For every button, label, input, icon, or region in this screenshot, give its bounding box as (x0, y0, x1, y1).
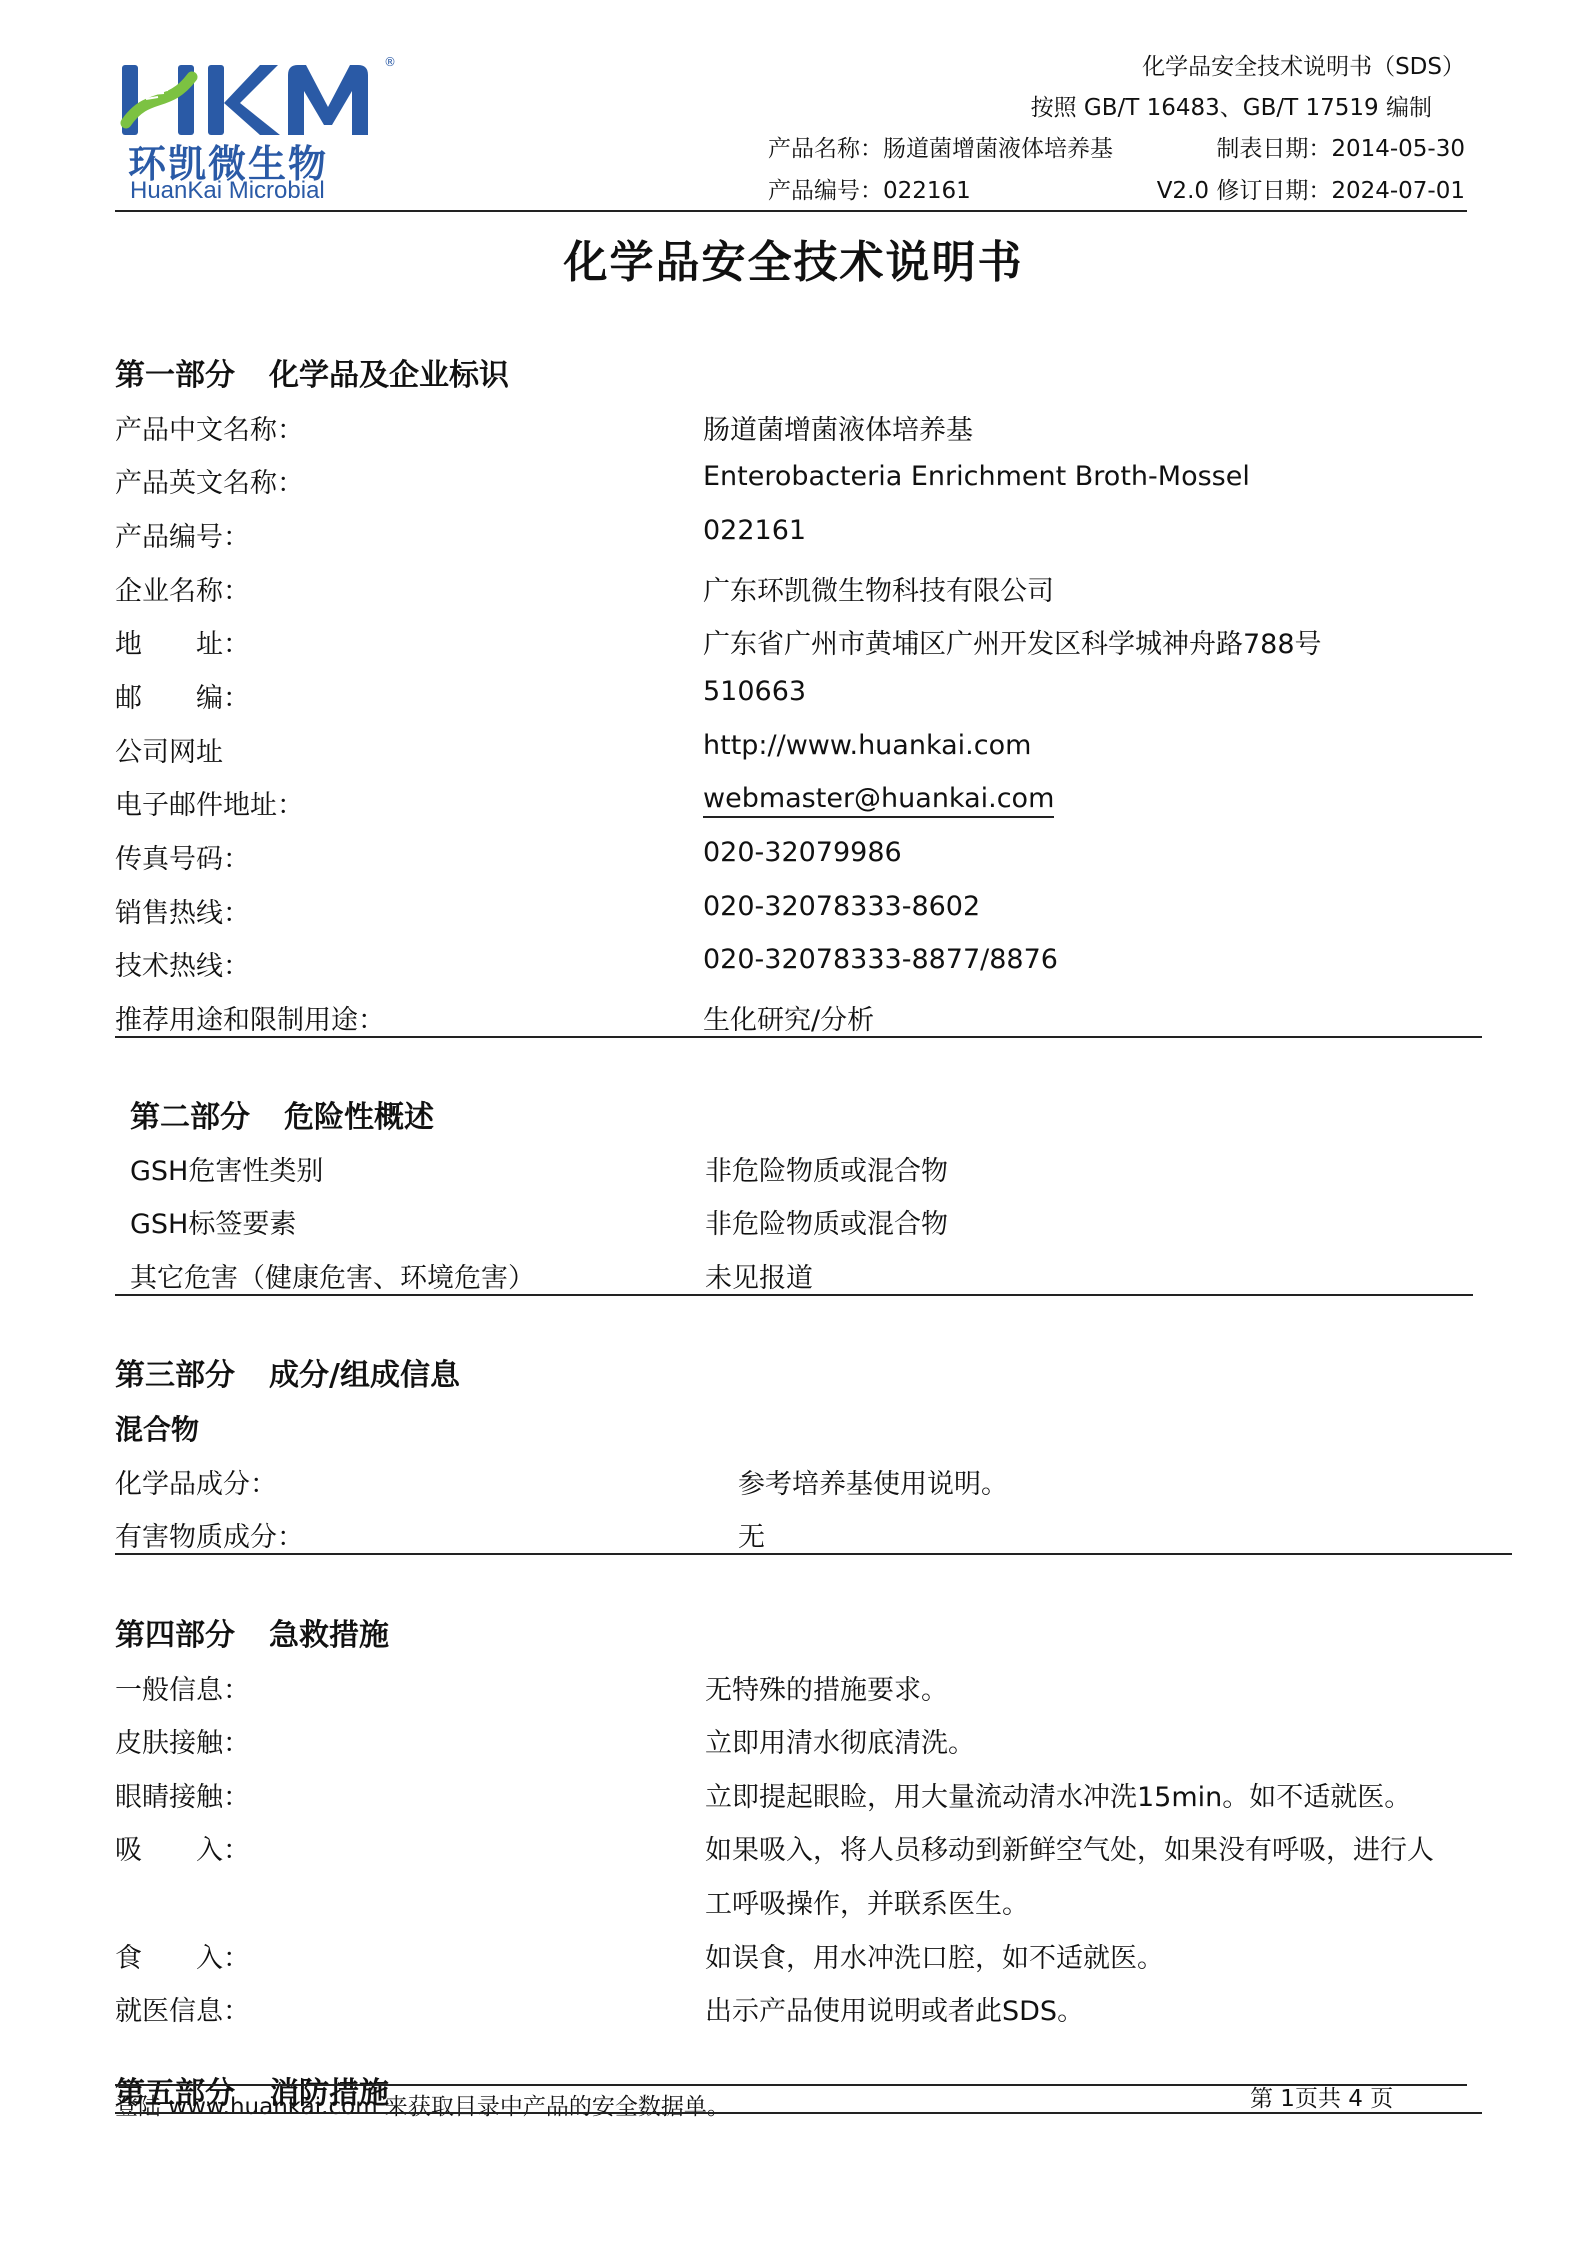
row-label: 眼睛接触： (115, 1775, 250, 1814)
row-value: 020-32078333-8877/8876 (703, 944, 1058, 975)
row-label: GSH危害性类别 (130, 1149, 323, 1188)
row-value: 出示产品使用说明或者此SDS。 (705, 1989, 1084, 2028)
row-value: 未见报道 (705, 1256, 813, 1295)
row-label: 产品编号： (115, 515, 250, 554)
row-value: 510663 (703, 676, 806, 707)
row-label: 邮 编： (115, 676, 250, 715)
revision-date-field: V2.0 修订日期：2024-07-01 (1157, 172, 1465, 205)
row-label: 推荐用途和限制用途： (115, 998, 385, 1037)
row-label: 其它危害（健康危害、环境危害） (130, 1256, 535, 1295)
section-3-heading: 第三部分成分/组成信息 (115, 1350, 460, 1394)
row-label: 有害物质成分： (115, 1515, 304, 1554)
registered-mark: ® (384, 55, 396, 69)
page-title: 化学品安全技术说明书 (0, 226, 1587, 290)
created-date-value: 2014-05-30 (1331, 136, 1465, 162)
section-2-divider (115, 1294, 1473, 1296)
row-value: 立即用清水彻底清洗。 (705, 1721, 975, 1760)
section-name: 化学品及企业标识 (269, 358, 509, 393)
row-label: 公司网址 (115, 730, 223, 769)
row-value: 肠道菌增菌液体培养基 (703, 408, 973, 447)
logo-english-name: HuanKai Microbial (130, 177, 325, 205)
row-label: 就医信息： (115, 1989, 250, 2028)
row-label: 一般信息： (115, 1668, 250, 1707)
row-label: 产品英文名称： (115, 461, 304, 500)
product-code-field: 产品编号：022161 (768, 172, 971, 205)
section-number: 第一部分 (115, 358, 235, 393)
row-label: 食 入： (115, 1936, 250, 1975)
footer-note: 登陆 www.huankai.com 来获取目录中产品的安全数据单。 (115, 2088, 730, 2121)
row-value: 020-32079986 (703, 837, 902, 868)
row-value-continued: 工呼吸操作，并联系医生。 (705, 1882, 1029, 1921)
row-label: 地 址： (115, 622, 250, 661)
product-name-label: 产品名称： (768, 136, 883, 162)
section-1-divider (115, 1036, 1482, 1038)
row-label: 电子邮件地址： (115, 783, 304, 822)
section-1-heading: 第一部分化学品及企业标识 (115, 350, 509, 394)
header-divider (115, 210, 1467, 212)
product-name-field: 产品名称：肠道菌增菌液体培养基 (768, 130, 1113, 163)
row-value: 广东环凯微生物科技有限公司 (703, 569, 1054, 608)
section-number: 第四部分 (115, 1618, 235, 1653)
section-name: 成分/组成信息 (269, 1358, 460, 1393)
subheading-mixture: 混合物 (115, 1408, 199, 1448)
row-value: 如果吸入，将人员移动到新鲜空气处，如果没有呼吸，进行人 (705, 1828, 1434, 1867)
page-number: 第 1页共 4 页 (1250, 2080, 1393, 2113)
row-value: 生化研究/分析 (703, 998, 874, 1037)
product-code-value: 022161 (883, 178, 971, 204)
row-label: 传真号码： (115, 837, 250, 876)
row-value: 立即提起眼睑，用大量流动清水冲洗15min。如不适就医。 (705, 1775, 1411, 1814)
revision-date-value: 2024-07-01 (1331, 178, 1465, 204)
row-label: 企业名称： (115, 569, 250, 608)
row-value: 020-32078333-8602 (703, 891, 980, 922)
product-code-label: 产品编号： (768, 178, 883, 204)
row-value: 无特殊的措施要求。 (705, 1668, 948, 1707)
product-name-value: 肠道菌增菌液体培养基 (883, 136, 1113, 162)
website-link[interactable]: http://www.huankai.com (703, 730, 1031, 761)
created-date-field: 制表日期：2014-05-30 (1216, 130, 1465, 163)
section-number: 第三部分 (115, 1358, 235, 1393)
row-value: 022161 (703, 515, 806, 546)
row-value: 如误食，用水冲洗口腔，如不适就医。 (705, 1936, 1164, 1975)
row-label: GSH标签要素 (130, 1202, 296, 1241)
footer-bottom-divider (115, 2112, 1482, 2114)
standard-note: 按照 GB/T 16483、GB/T 17519 编制 (1031, 89, 1432, 122)
row-value: 参考培养基使用说明。 (738, 1462, 1008, 1501)
row-value: 无 (738, 1515, 765, 1554)
section-2-heading: 第二部分危险性概述 (130, 1092, 434, 1136)
section-name: 危险性概述 (284, 1100, 434, 1135)
section-3-divider (115, 1553, 1512, 1555)
row-label: 产品中文名称： (115, 408, 304, 447)
created-date-label: 制表日期： (1216, 136, 1331, 162)
row-value: 广东省广州市黄埔区广州开发区科学城神舟路788号 (703, 622, 1322, 661)
row-label: 吸 入： (115, 1828, 250, 1867)
company-logo: ® 环凯微生物 HuanKai Microbial (118, 55, 408, 205)
hkm-logo-mark-icon (118, 61, 388, 141)
row-label: 技术热线： (115, 944, 250, 983)
row-value: 非危险物质或混合物 (705, 1202, 948, 1241)
row-value: 非危险物质或混合物 (705, 1149, 948, 1188)
row-value: Enterobacteria Enrichment Broth-Mossel (703, 461, 1250, 492)
row-label: 化学品成分： (115, 1462, 277, 1501)
section-number: 第二部分 (130, 1100, 250, 1135)
email-link[interactable]: webmaster@huankai.com (703, 783, 1054, 818)
doc-type: 化学品安全技术说明书（SDS） (1142, 48, 1465, 81)
section-4-heading: 第四部分急救措施 (115, 1610, 389, 1654)
section-name: 急救措施 (269, 1618, 389, 1653)
row-label: 皮肤接触： (115, 1721, 250, 1760)
revision-date-label: V2.0 修订日期： (1157, 178, 1332, 204)
row-label: 销售热线： (115, 891, 250, 930)
